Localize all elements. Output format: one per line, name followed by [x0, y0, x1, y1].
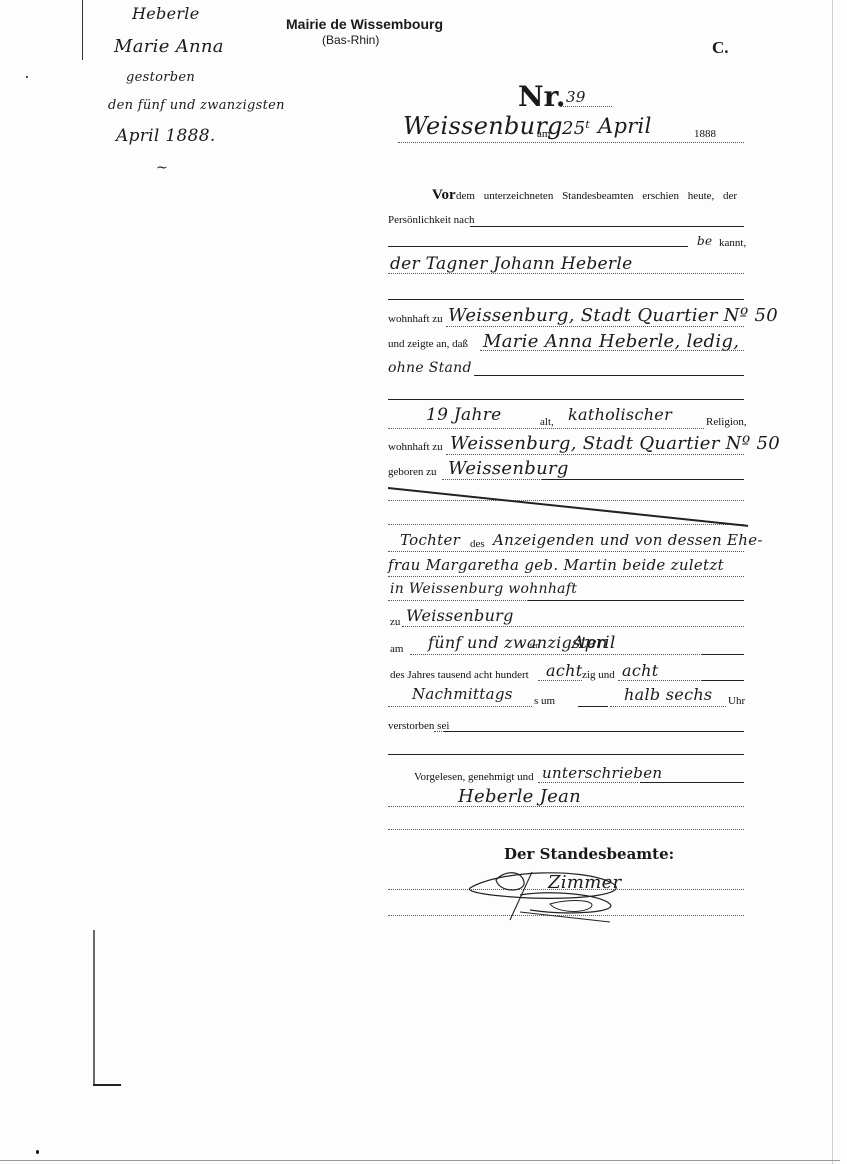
birthplace-line: [442, 479, 542, 480]
margin-rule-lower: [93, 930, 95, 1085]
margin-note-flourish: ~: [156, 160, 168, 176]
death-year-line-3: [702, 680, 744, 681]
date-month-value: April: [598, 114, 652, 138]
margin-rule-foot: [93, 1084, 121, 1086]
parents-line1-des: des: [470, 538, 485, 550]
deceased-residence-line: [446, 454, 744, 455]
death-time-line-1: [388, 706, 532, 707]
announced-line-2: [474, 375, 744, 376]
closing-label: Vorgelesen, genehmigt und: [414, 771, 534, 783]
died-line: [444, 731, 744, 732]
religion-value: katholischer: [568, 405, 672, 424]
margin-note-date-words: den fünf und zwanzigsten: [108, 98, 285, 113]
ink-speck: [36, 1150, 39, 1154]
margin-rule: [82, 0, 83, 60]
personality-line-2: [388, 246, 688, 247]
death-time-line-2: [578, 706, 608, 707]
death-time-s-um: s um: [534, 695, 555, 707]
death-date-month-value: April: [572, 633, 616, 653]
death-place-label: zu: [390, 616, 400, 628]
parents-line-1: [388, 551, 744, 552]
signature-flourish-icon: [460, 860, 640, 930]
age-religion-line: [388, 428, 704, 429]
death-year-line-2: [618, 680, 702, 681]
ink-speck: [26, 76, 28, 78]
announced-value: Marie Anna Heberle, ledig,: [483, 331, 739, 352]
personality-label: Persönlichkeit nach: [388, 214, 474, 226]
personality-line: [470, 226, 744, 227]
parents-line-3: [388, 600, 528, 601]
closing-line-b: [640, 782, 744, 783]
margin-note-surname: Heberle: [132, 4, 199, 23]
blank-line: [388, 500, 744, 501]
announced-label: und zeigte an, daß: [388, 338, 468, 350]
margin-note-died: gestorben: [126, 70, 195, 85]
age-alt-label: alt,: [540, 416, 554, 428]
death-date-line-b: [702, 654, 744, 655]
record-number-value: 39: [566, 88, 586, 106]
parents-line-2: [388, 576, 744, 577]
death-time-line-3: [610, 706, 726, 707]
birthplace-line-2: [542, 479, 744, 480]
informant-line-2: [388, 299, 744, 300]
religion-label: Religion,: [706, 416, 747, 428]
residence-label: wohnhaft zu: [388, 313, 443, 325]
header-subtitle: (Bas-Rhin): [322, 33, 379, 47]
margin-note-month-year: April 1888.: [116, 126, 216, 146]
parents-line2: frau Margaretha geb. Martin beide zuletz…: [388, 556, 724, 574]
page-edge-bottom: [0, 1160, 840, 1161]
personality-handwritten: be: [697, 234, 712, 248]
announced-line: [480, 350, 744, 351]
deceased-residence-value: Weissenburg, Stadt Quartier Nº 50: [450, 433, 780, 454]
death-time-value: halb sechs: [624, 685, 712, 704]
record-number-label: Nr.: [518, 80, 566, 113]
death-date-line: [410, 654, 702, 655]
death-year-tens-value: acht: [546, 661, 582, 680]
intro-text: dem unterzeichneten Standesbeamten ersch…: [456, 190, 737, 202]
margin-note-given-names: Marie Anna: [114, 36, 224, 57]
header-title: Mairie de Wissembourg: [286, 16, 443, 32]
date-year-value: 1888: [694, 128, 716, 140]
birthplace-value: Weissenburg: [448, 458, 569, 479]
death-place-value: Weissenburg: [406, 606, 514, 625]
residence-line: [446, 326, 744, 327]
intro-vor: Vor: [432, 187, 456, 204]
informant-line: [388, 273, 744, 274]
death-year-label: des Jahres tausend acht hundert: [390, 669, 529, 681]
date-am-label: am: [537, 128, 550, 140]
informant-value: der Tagner Johann Heberle: [390, 254, 632, 274]
death-year-units-value: acht: [622, 661, 658, 680]
died-line-2: [388, 754, 744, 755]
blank-line: [388, 524, 744, 525]
parents-line1-value: Anzeigenden und von dessen Ehe-: [493, 531, 763, 549]
parents-line1-pre: Tochter: [400, 531, 460, 549]
parents-line3: in Weissenburg wohnhaft: [390, 581, 577, 597]
death-date-am: am: [390, 643, 403, 655]
signature-line-2: [388, 829, 744, 830]
parents-line-3b: [528, 600, 744, 601]
deceased-residence-label: wohnhaft zu: [388, 441, 443, 453]
death-time-period: Nachmittags: [412, 685, 513, 703]
died-line-a: [434, 731, 444, 732]
closing-line: [538, 782, 638, 783]
residence-value: Weissenburg, Stadt Quartier Nº 50: [448, 305, 778, 326]
announced-value-cont: ohne Stand: [388, 360, 472, 376]
closing-value: unterschrieben: [542, 764, 662, 782]
cancellation-stroke: [388, 487, 748, 526]
form-letter: C.: [712, 38, 729, 58]
age-value: 19 Jahre: [426, 405, 502, 425]
personality-suffix: kannt,: [719, 237, 746, 249]
death-year-zig-label: zig und: [582, 669, 615, 681]
page-edge-right: [832, 0, 833, 1164]
announced-line-3: [388, 399, 744, 400]
birthplace-label: geboren zu: [388, 466, 437, 478]
record-number-line: [560, 106, 612, 107]
death-year-line-1: [538, 680, 582, 681]
signature-line-1: [388, 806, 744, 807]
document-page: Heberle Marie Anna gestorben den fünf un…: [0, 0, 847, 1164]
death-place-line: [402, 626, 744, 627]
death-time-uhr: Uhr: [728, 695, 745, 707]
informant-signature: Heberle Jean: [458, 786, 581, 807]
date-day-value: 25ᵗ: [562, 118, 590, 139]
death-date-ten: ten: [530, 641, 540, 650]
place-date-line: [398, 142, 744, 143]
